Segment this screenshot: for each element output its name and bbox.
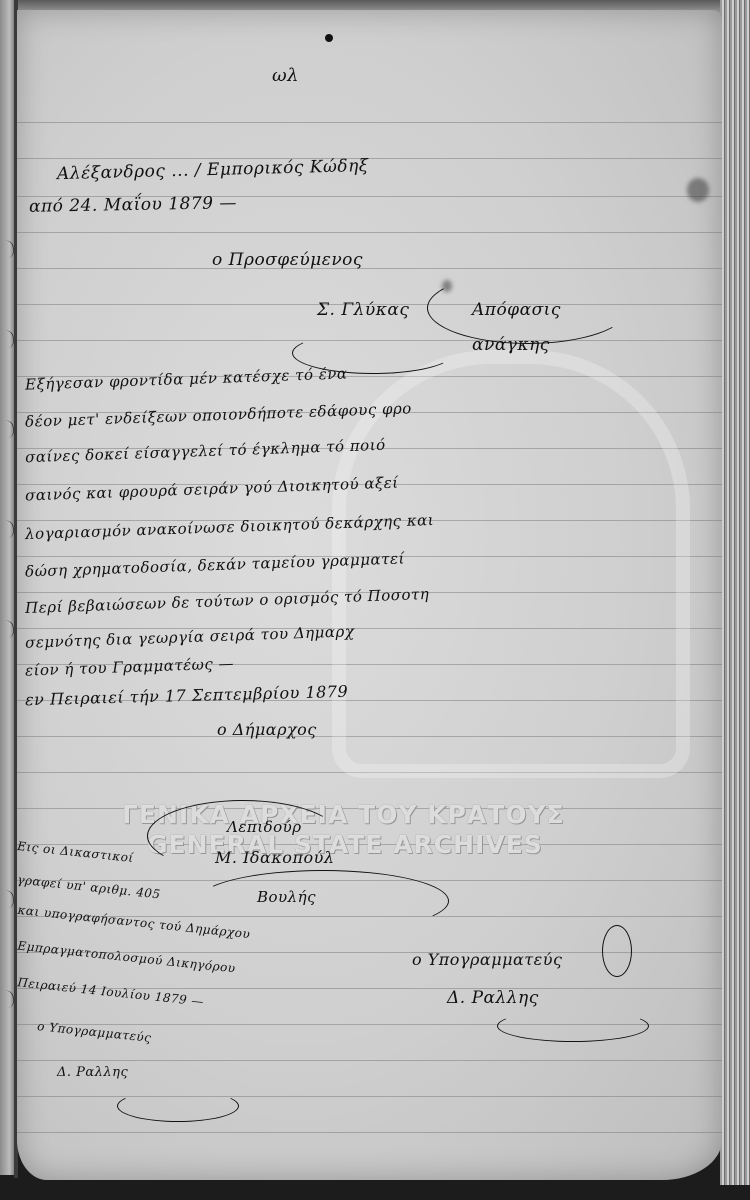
- signature-flourish: [117, 1090, 239, 1122]
- ink-dot: [325, 34, 333, 42]
- signature-flourish: [497, 1010, 649, 1042]
- closing-title: ο Δήμαρχος: [217, 720, 317, 739]
- date-line: εν Πειραιεί τήν 17 Σεπτεμβρίου 1879: [25, 682, 349, 709]
- signature-name-1: Μ. Ιδακοπούλ: [215, 848, 334, 867]
- margin-note-left-line: ο Υπογραμματεύς: [37, 1019, 153, 1045]
- body-line: σαίνες δοκεί είσαγγελεί τό έγκλημα τό πο…: [25, 436, 386, 467]
- margin-note-left-line: Εμπραγματοπολοσμού Δικηγόρου: [17, 939, 236, 976]
- margin-note-right-line-1: Απόφασις: [472, 300, 561, 320]
- margin-note-left-signature: Δ. Ραλλης: [57, 1065, 128, 1080]
- manuscript-page: ωλ Αλέξανδρος ... / Εμπορικός Κώδηξ από …: [17, 10, 722, 1180]
- signature-flourish: [197, 870, 449, 932]
- header-signature: Σ. Γλύκας: [317, 300, 409, 320]
- signature-flourish: [602, 925, 632, 977]
- margin-note-left-line: γραφεί υπ' αριθμ. 405: [17, 873, 161, 902]
- body-line: δέον μετ' ενδείξεων οποιονδήποτε εδάφους…: [25, 399, 412, 430]
- body-line: Εξήγεσαν φροντίδα μέν κατέσχε τό ένα: [25, 364, 348, 393]
- body-line: είον ή του Γραμματέως —: [25, 654, 235, 679]
- signature-role-1: Λεπιδούρ: [227, 818, 302, 836]
- header-line-1: Αλέξανδρος ... / Εμπορικός Κώδηξ: [57, 156, 369, 184]
- margin-note-left-line: Εις οι Δικαστικοί: [17, 839, 134, 865]
- margin-note-left-line: Πειραιεύ 14 Ιουλίου 1879 —: [17, 975, 205, 1009]
- page-stack-edge: [720, 0, 750, 1185]
- signature-role-2: ο Υπογραμματεύς: [412, 950, 562, 969]
- margin-note-right-line-2: ανάγκης: [472, 335, 550, 355]
- header-line-2: από 24. Μαΐου 1879 —: [29, 193, 237, 217]
- ink-stain: [687, 178, 709, 202]
- signature-name-2: Δ. Ραλλης: [447, 988, 539, 1008]
- page-number: ωλ: [272, 65, 299, 86]
- body-line: σεμνότης δια γεωργία σειρά του Δημαρχ: [25, 622, 355, 651]
- header-line-3: ο Προσφεύμενος: [212, 250, 363, 270]
